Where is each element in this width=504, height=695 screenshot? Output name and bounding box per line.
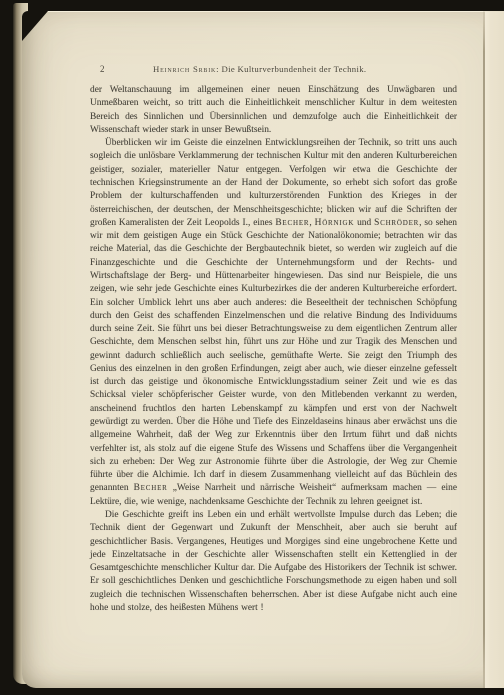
running-title-text: : Die Kulturverbundenheit der Technik. — [216, 64, 366, 74]
running-title-author: Heinrich Srbik — [153, 64, 216, 74]
smallcaps-name-becher: Becher — [275, 218, 309, 228]
paragraph-text: , so sehen wir mit dem geistigen Auge ei… — [90, 218, 457, 494]
page-body: der Weltanschauung im allgemeinen einer … — [90, 84, 457, 615]
page-number: 2 — [90, 64, 105, 74]
scan-background: { "colors": { "background": "#15130e", "… — [0, 0, 504, 695]
page-corner-shadow — [22, 11, 48, 41]
paragraph-text: Die Geschichte greift ins Leben ein und … — [90, 510, 457, 613]
paragraph-continuation: der Weltanschauung im allgemeinen einer … — [90, 84, 457, 137]
paragraph-text: und — [354, 218, 374, 228]
page-header: 2 Heinrich Srbik: Die Kulturverbundenhei… — [90, 64, 457, 74]
smallcaps-name-hoernigk: Hörnigk — [315, 218, 355, 228]
paragraph-overblick: Überblicken wir im Geiste die einzelnen … — [90, 137, 457, 509]
adjacent-page-edge — [485, 11, 504, 688]
paragraph-text: Überblicken wir im Geiste die einzelnen … — [90, 138, 457, 228]
paragraph-text: der Weltanschauung im allgemeinen einer … — [90, 85, 457, 135]
smallcaps-name-becher-2: Becher — [134, 483, 168, 493]
paragraph-geschichte: Die Geschichte greift ins Leben ein und … — [90, 509, 457, 615]
smallcaps-name-schroeder: Schröder — [374, 218, 419, 228]
book-page: 2 Heinrich Srbik: Die Kulturverbundenhei… — [22, 11, 504, 688]
running-title: Heinrich Srbik: Die Kulturverbundenheit … — [153, 64, 366, 74]
